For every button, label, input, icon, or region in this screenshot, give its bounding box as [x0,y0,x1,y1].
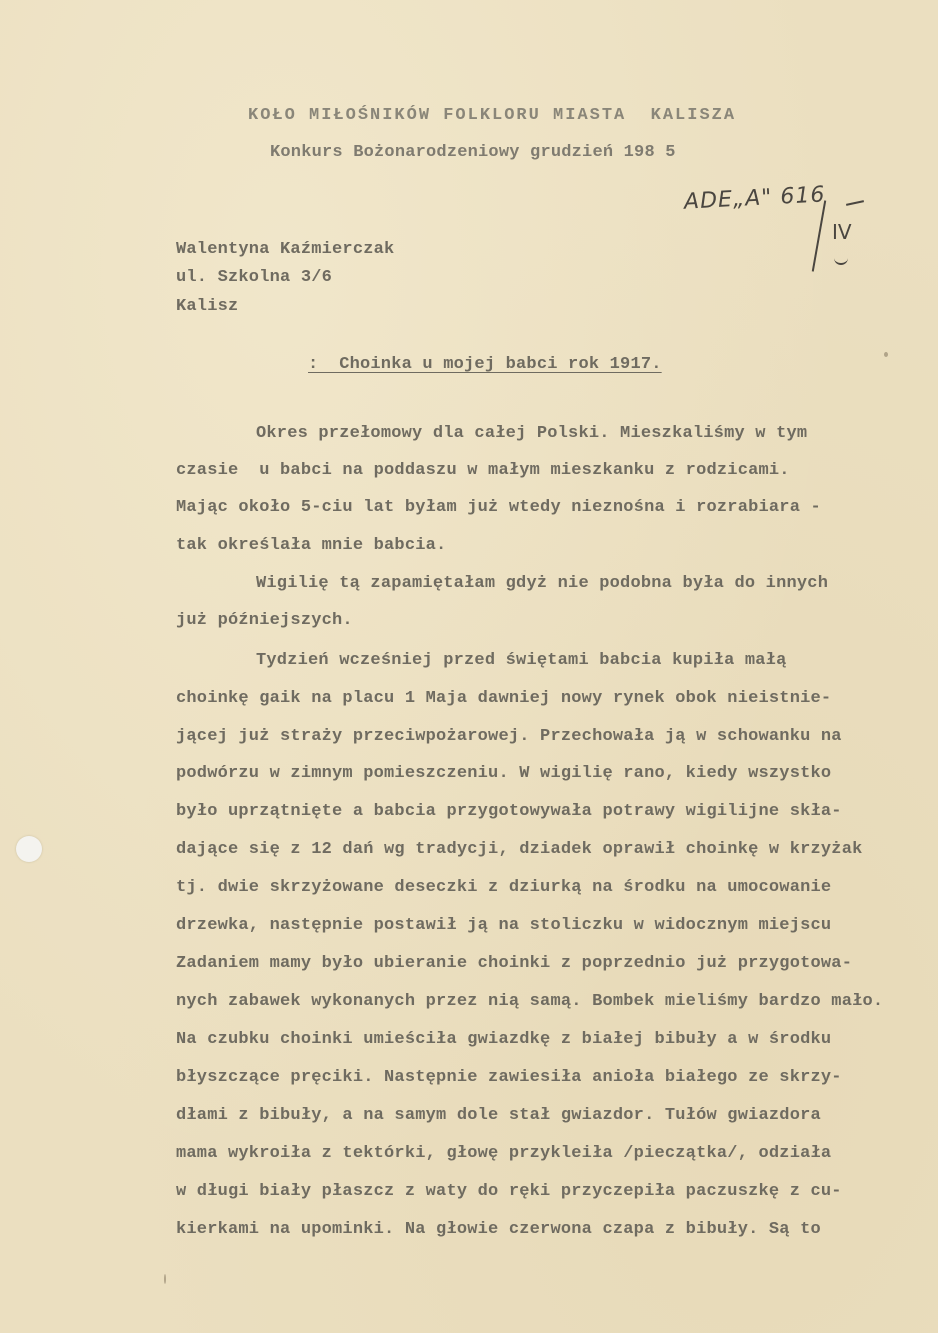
contest-subheader: Konkurs Bożonarodzeniowy grudzień 198 5 [270,143,676,162]
text-line: już późniejszych. [176,611,353,630]
text-line: tj. dwie skrzyżowane deseczki z dziurką … [176,878,831,897]
author-city: Kalisz [176,297,238,316]
text-line: dłami z bibuły, a na samym dole stał gwi… [176,1106,821,1125]
text-line: Tydzień wcześniej przed świętami babcia … [256,651,787,670]
text-line: tak określała mnie babcia. [176,536,446,555]
text-line: podwórzu w zimnym pomieszczeniu. W wigil… [176,764,831,783]
text-line: było uprzątnięte a babcia przygotowywała… [176,802,842,821]
paper-speck [164,1274,166,1284]
paper-speck [884,352,888,357]
author-name: Walentyna Kaźmierczak [176,240,394,259]
punch-hole [16,836,42,862]
text-line: kierkami na upominki. Na głowie czerwona… [176,1220,821,1239]
text-line: Wigilię tą zapamiętałam gdyż nie podobna… [256,574,828,593]
text-line: choinkę gaik na placu 1 Maja dawniej now… [176,689,831,708]
text-line: Zadaniem mamy było ubieranie choinki z p… [176,954,852,973]
text-line: nych zabawek wykonanych przez nią samą. … [176,992,883,1011]
text-line: Na czubku choinki umieściła gwiazdkę z b… [176,1030,831,1049]
text-line: czasie u babci na poddaszu w małym miesz… [176,461,790,480]
archive-roman-numeral: IV [832,220,852,244]
author-street: ul. Szkolna 3/6 [176,268,332,287]
text-line: w długi biały płaszcz z waty do ręki prz… [176,1182,842,1201]
story-title: : Choinka u mojej babci rok 1917. [308,355,662,374]
organization-header: KOŁO MIŁOŚNIKÓW FOLKLORU MIASTA KALISZA [248,106,736,125]
text-line: błyszczące pręciki. Następnie zawiesiła … [176,1068,842,1087]
text-line: jącej już straży przeciwpożarowej. Przec… [176,727,842,746]
text-line: Okres przełomowy dla całej Polski. Miesz… [256,424,807,443]
text-line: mama wykroiła z tektórki, głowę przyklei… [176,1144,831,1163]
text-line: dające się z 12 dań wg tradycji, dziadek… [176,840,863,859]
text-line: drzewka, następnie postawił ją na stolic… [176,916,831,935]
text-line: Mając około 5-ciu lat byłam już wtedy ni… [176,498,821,517]
